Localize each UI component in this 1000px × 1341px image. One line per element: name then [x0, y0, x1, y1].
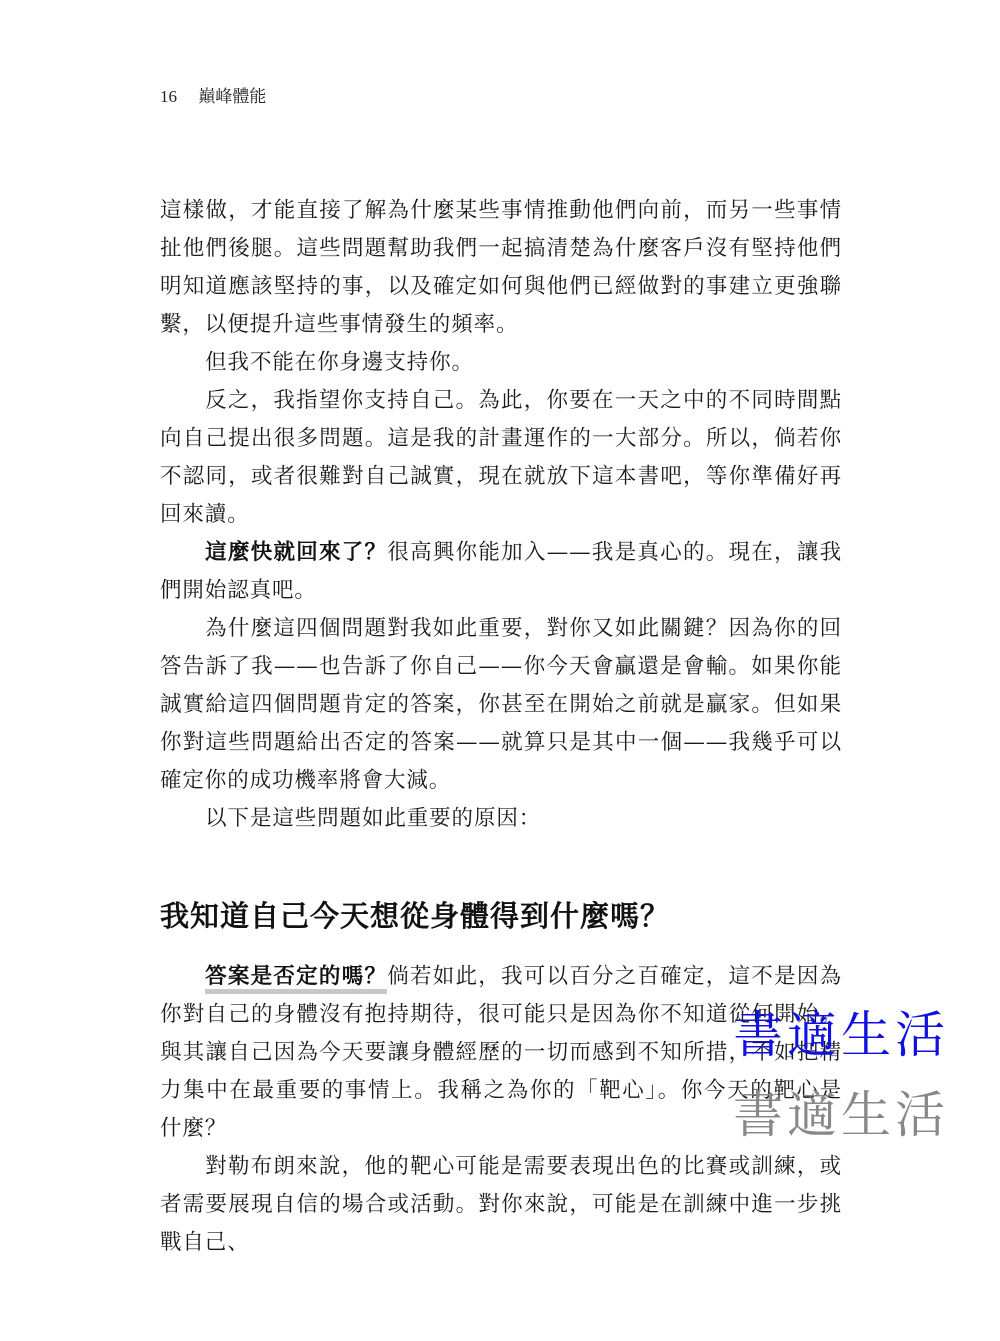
section-heading: 我知道自己今天想從身體得到什麼嗎？: [160, 894, 670, 935]
paragraph: 反之，我指望你支持自己。為此，你要在一天之中的不同時間點向自己提出很多問題。這是…: [160, 382, 842, 534]
section-2: 這麼快就回來了？很高興你能加入——我是真心的。現在，讓我們開始認真吧。 為什麼這…: [160, 534, 842, 838]
running-header: 16 巔峰體能: [160, 82, 266, 107]
page-number: 16: [160, 87, 177, 106]
paragraph: 這麼快就回來了？很高興你能加入——我是真心的。現在，讓我們開始認真吧。: [160, 534, 842, 610]
paragraph: 但我不能在你身邊支持你。: [160, 344, 842, 382]
bold-lead: 這麼快就回來了？: [205, 540, 387, 565]
paragraph: 對勒布朗來說，他的靶心可能是需要表現出色的比賽或訓練，或者需要展現自信的場合或活…: [160, 1148, 842, 1262]
watermark-gray: 書適生活: [733, 1090, 949, 1140]
section-1: 這樣做，才能直接了解為什麼某些事情推動他們向前，而另一些事情扯他們後腿。這些問題…: [160, 192, 842, 534]
book-title: 巔峰體能: [198, 87, 266, 107]
bold-lead-underlined: 答案是否定的嗎？: [205, 964, 387, 994]
paragraph: 為什麼這四個問題對我如此重要，對你又如此關鍵？因為你的回答告訴了我——也告訴了你…: [160, 610, 842, 800]
paragraph: 以下是這些問題如此重要的原因：: [160, 800, 842, 838]
paragraph: 這樣做，才能直接了解為什麼某些事情推動他們向前，而另一些事情扯他們後腿。這些問題…: [160, 192, 842, 344]
watermark-blue: 書適生活: [733, 1010, 949, 1060]
